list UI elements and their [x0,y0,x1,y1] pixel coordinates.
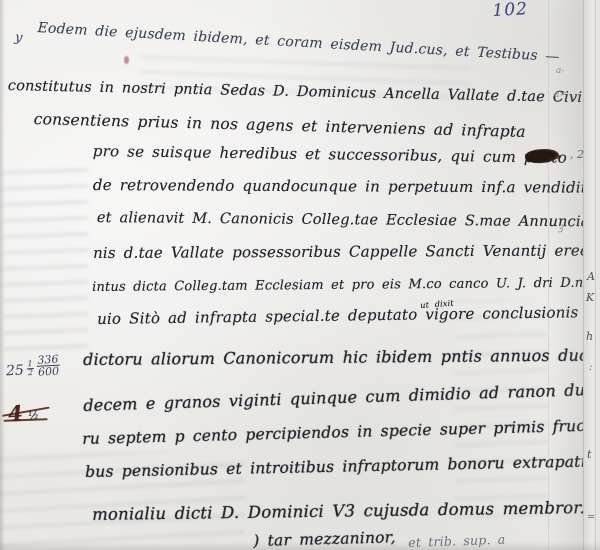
manuscript-line: decem e granos viginti quinque cum dimid… [83,379,600,415]
manuscript-line-partial-faint: et trib. sup. a [408,532,506,550]
manuscript-line: de retrovendendo quandocunque in perpetu… [93,176,587,197]
edge-fragment: a= [554,90,567,100]
edge-fragment: h [586,330,593,343]
manuscript-scan-page: 102 y Eodem die ejusdem ibidem, et coram… [0,0,600,550]
manuscript-line: et alienavit M. Canonicis Colleg.tae Ecc… [97,210,600,231]
half-fraction-denominator: 2 [28,369,34,377]
folio-number: 102 [492,0,528,21]
next-page-edge-streak [595,0,596,550]
manuscript-line-partial: ) tar mezzaninor, [253,528,396,550]
manuscript-line: nis d.tae Vallate possessoribus Cappelle… [93,241,600,262]
manuscript-line: pro se suisque heredibus et successoribu… [93,142,567,167]
manuscript-line: dictoru aliorum Canonicorum hic ibidem p… [83,345,600,369]
margin-crossed-note: 4 ½ [7,399,40,427]
big-fraction-denominator: 600 [38,365,60,377]
edge-fragment: a- [556,66,564,76]
margin-rate-half-fraction: 1 2 [26,359,34,376]
margin-rate-note: 25 1 2 336 600 [6,361,61,380]
fold-crease-line [548,0,549,550]
edge-fragment: ꝫ [558,219,563,233]
margin-rate-whole: 25 [6,362,25,379]
manuscript-line: monialiu dicti D. Dominici V3 cujusda do… [92,498,600,524]
edge-fragment: t [587,448,591,461]
manuscript-line: ru septem p cento percipiendos in specie… [82,416,600,448]
manuscript-line: uio Sitò ad infrapta special.te deputato… [97,303,579,328]
edge-fragment: : [589,362,592,373]
edge-fragment: K [586,291,594,304]
gutter-shadow [550,0,583,550]
edge-fragment: , 2 [570,148,584,161]
manuscript-line: bus pensionibus et introitibus infraptor… [85,452,599,481]
manuscript-line: constitutus in nostri pntia Sedas D. Dom… [8,78,600,107]
manuscript-line: consentiens prius in nos agens et interv… [34,110,526,141]
red-ink-speck [124,56,129,64]
edge-fragment: A [587,270,595,283]
handwriting-layer: Eodem die ejusdem ibidem, et coram eisde… [0,0,600,550]
edge-fragment: = [587,512,595,523]
manuscript-line: intus dicta Colleg.tam Ecclesiam et pro … [92,275,600,295]
heading-line: Eodem die ejusdem ibidem, et coram eisde… [37,20,560,65]
margin-rate-big-fraction: 336 600 [36,353,60,377]
